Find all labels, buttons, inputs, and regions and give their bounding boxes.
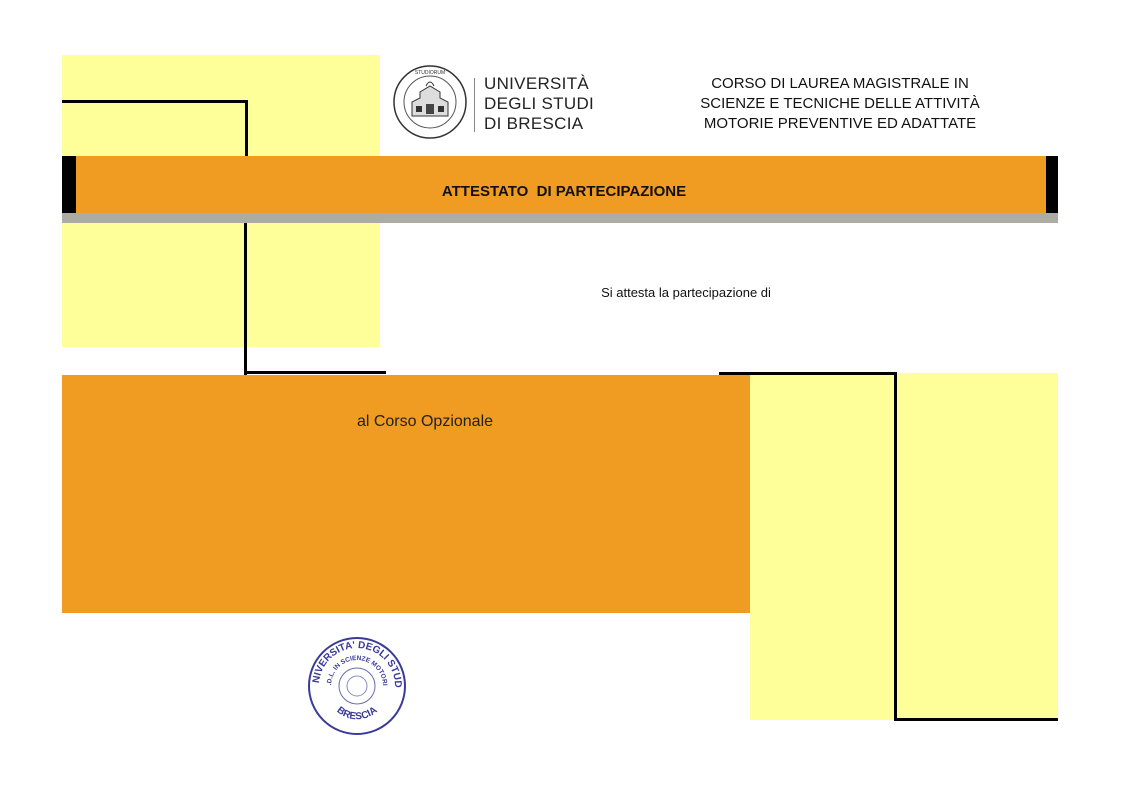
university-name-line: DEGLI STUDI bbox=[484, 94, 594, 114]
program-title: CORSO DI LAUREA MAGISTRALE IN SCIENZE E … bbox=[660, 74, 1020, 134]
svg-text:STUDIORUM: STUDIORUM bbox=[415, 70, 445, 76]
band-underline bbox=[62, 213, 1058, 223]
bracket-line bbox=[719, 372, 897, 375]
stamp-icon: UNIVERSITA' DEGLI STUDI C.D.L. IN SCIENZ… bbox=[305, 634, 409, 738]
bracket-line bbox=[244, 371, 386, 374]
attestation-text: Si attesta la partecipazione di bbox=[380, 285, 986, 300]
university-name-line: DI BRESCIA bbox=[484, 114, 594, 134]
yellow-panel-bottom-right bbox=[750, 373, 1058, 720]
university-name-line: UNIVERSITÀ bbox=[484, 74, 594, 94]
program-line: SCIENZE E TECNICHE DELLE ATTIVITÀ bbox=[660, 94, 1020, 114]
band-cap-left bbox=[62, 156, 76, 213]
band-cap-right bbox=[1046, 156, 1058, 213]
bracket-line bbox=[62, 100, 248, 103]
bracket-line bbox=[894, 372, 897, 720]
university-seal-icon: STUDIORUM bbox=[390, 64, 470, 140]
program-line: MOTORIE PREVENTIVE ED ADATTATE bbox=[660, 114, 1020, 134]
certificate-title: ATTESTATO DI PARTECIPAZIONE bbox=[380, 183, 748, 200]
svg-text:BRESCIA: BRESCIA bbox=[335, 705, 380, 723]
bracket-line bbox=[244, 223, 247, 375]
program-line: CORSO DI LAUREA MAGISTRALE IN bbox=[660, 74, 1020, 94]
course-label: al Corso Opzionale bbox=[300, 413, 550, 431]
university-logo: STUDIORUM UNIVERSITÀ DEGLI STUDI DI BRES… bbox=[390, 64, 600, 138]
bracket-line bbox=[245, 100, 248, 156]
course-panel bbox=[62, 375, 750, 613]
university-name: UNIVERSITÀ DEGLI STUDI DI BRESCIA bbox=[484, 74, 594, 134]
bracket-line bbox=[894, 718, 1058, 721]
logo-separator bbox=[474, 78, 475, 132]
